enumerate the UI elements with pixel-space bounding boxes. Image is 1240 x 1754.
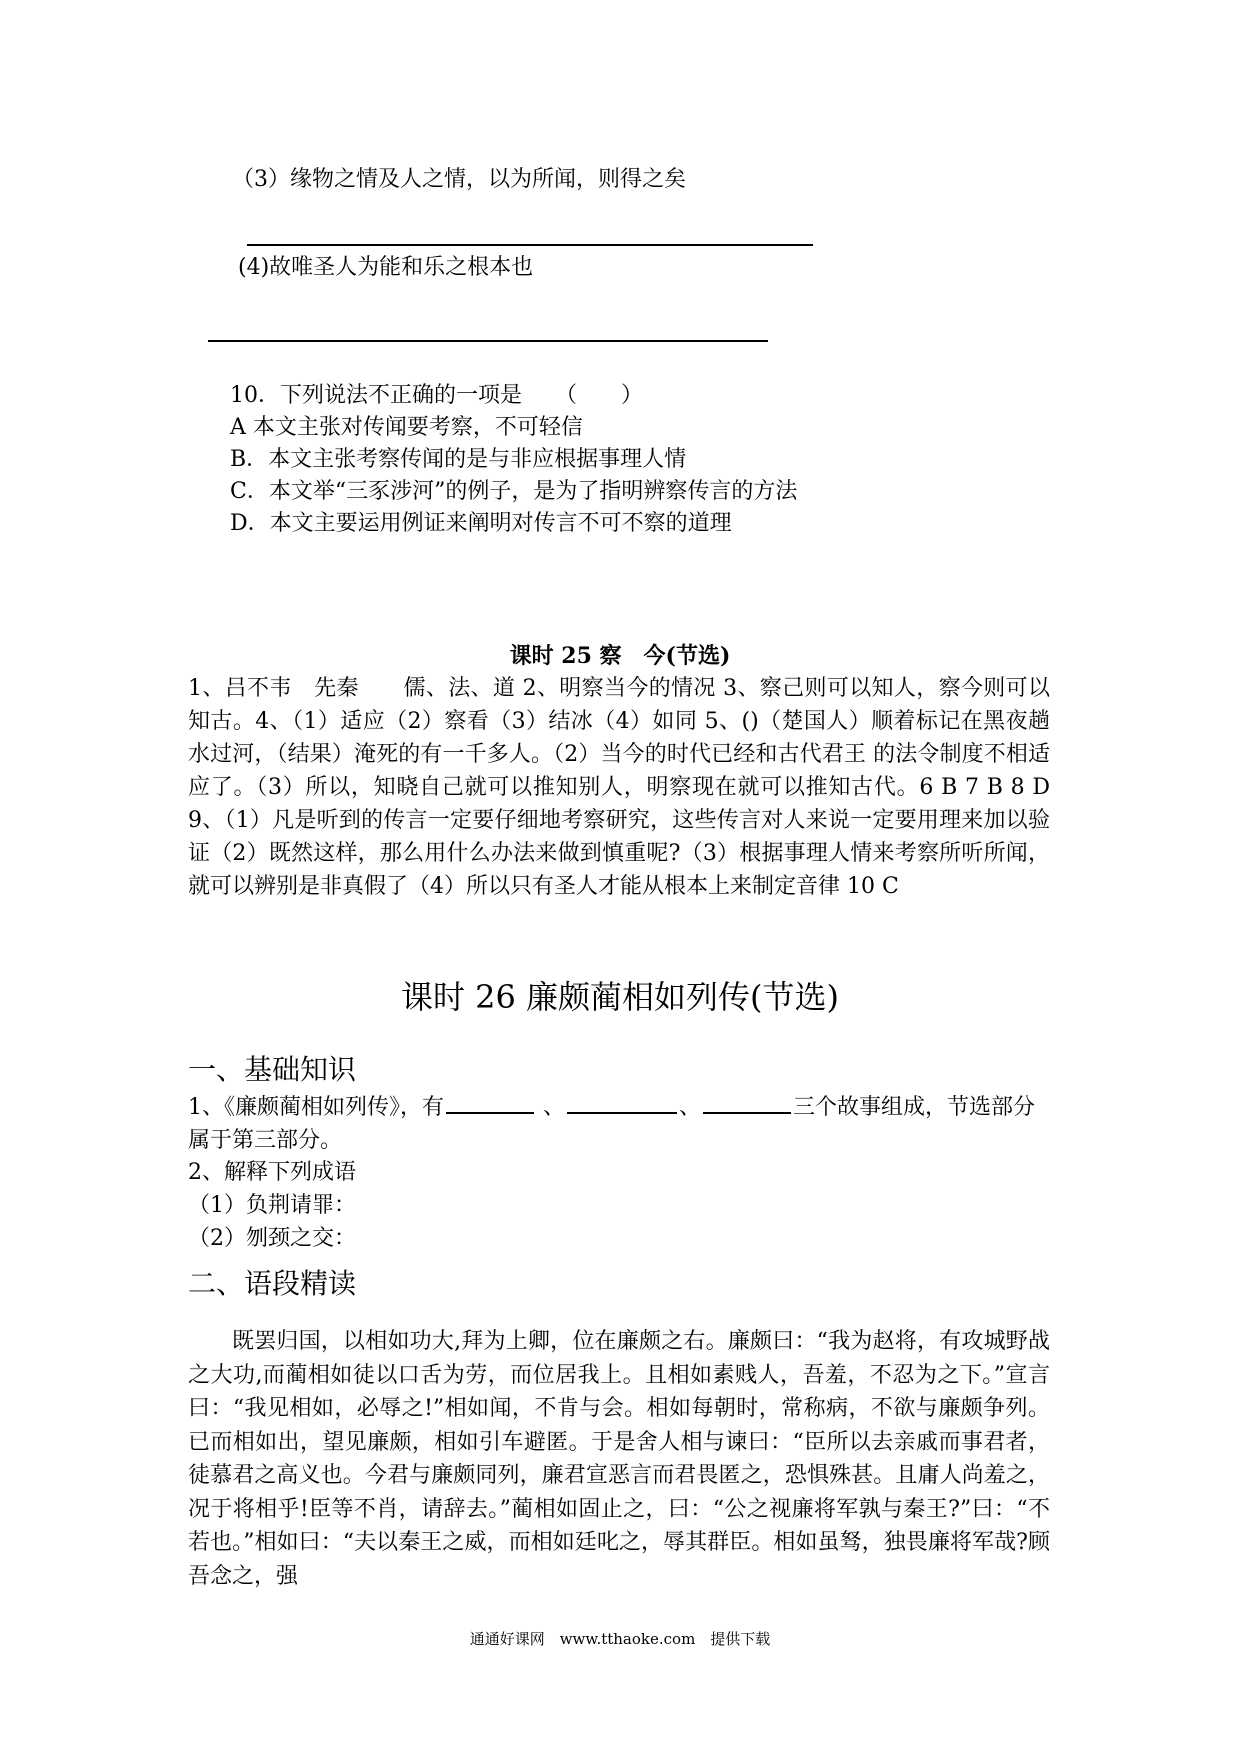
question-1: 1、《廉颇蔺相如列传》，有 、、三个故事组成，节选部分属于第三部分。 bbox=[188, 1091, 1050, 1157]
passage-text: 既罢归国，以相如功大,拜为上卿，位在廉颇之右。廉颇曰：“我为赵将，有攻城野战之大… bbox=[188, 1325, 1050, 1593]
question-10-option-a: A 本文主张对传闻要考察，不可轻信 bbox=[230, 412, 797, 444]
question-10-option-b: B．本文主张考察传闻的是与非应根据事理人情 bbox=[230, 444, 797, 476]
section-heading-basics: 一、基础知识 bbox=[188, 1050, 356, 1090]
question-9-4: (4)故唯圣人为能和乐之根本也 bbox=[238, 252, 533, 284]
question-9-3: （3）缘物之情及人之情，以为所闻，则得之矣 bbox=[232, 164, 686, 196]
idiom-2: （2）刎颈之交： bbox=[188, 1223, 356, 1255]
answer-line-9-4[interactable] bbox=[208, 340, 768, 342]
blank-2[interactable] bbox=[567, 1092, 677, 1114]
question-1-sep: 、 bbox=[679, 1095, 701, 1120]
answers-text: 1、吕不韦 先秦 儒、法、道 2、明察当今的情况 3、察己则可以知人，察今则可以… bbox=[188, 672, 1050, 903]
question-10: 10．下列说法不正确的一项是 （ ） A 本文主张对传闻要考察，不可轻信 B．本… bbox=[230, 380, 797, 540]
blank-1[interactable] bbox=[446, 1092, 534, 1114]
reading-passage: 既罢归国，以相如功大,拜为上卿，位在廉颇之右。廉颇曰：“我为赵将，有攻城野战之大… bbox=[188, 1325, 1050, 1593]
question-10-option-c: C．本文举“三豕涉河”的例子，是为了指明辨察传言的方法 bbox=[230, 476, 797, 508]
lesson-title: 课时 26 廉颇蔺相如列传(节选) bbox=[0, 975, 1240, 1019]
answers-title: 课时 25 察 今(节选) bbox=[0, 640, 1240, 672]
question-2: 2、解释下列成语 bbox=[188, 1157, 356, 1189]
blank-3[interactable] bbox=[703, 1092, 791, 1114]
question-1-sep: 、 bbox=[543, 1095, 565, 1120]
question-1-prefix: 1、《廉颇蔺相如列传》，有 bbox=[188, 1095, 444, 1120]
answers-body: 1、吕不韦 先秦 儒、法、道 2、明察当今的情况 3、察己则可以知人，察今则可以… bbox=[188, 672, 1050, 903]
answer-line-9-3[interactable] bbox=[247, 244, 813, 246]
idiom-1: （1）负荆请罪： bbox=[188, 1190, 356, 1222]
section-heading-reading: 二、语段精读 bbox=[188, 1264, 356, 1304]
page-footer: 通通好课网 www.tthaoke.com 提供下载 bbox=[0, 1628, 1240, 1650]
question-10-option-d: D．本文主要运用例证来阐明对传言不可不察的道理 bbox=[230, 508, 797, 540]
question-10-stem: 10．下列说法不正确的一项是 （ ） bbox=[230, 380, 797, 412]
